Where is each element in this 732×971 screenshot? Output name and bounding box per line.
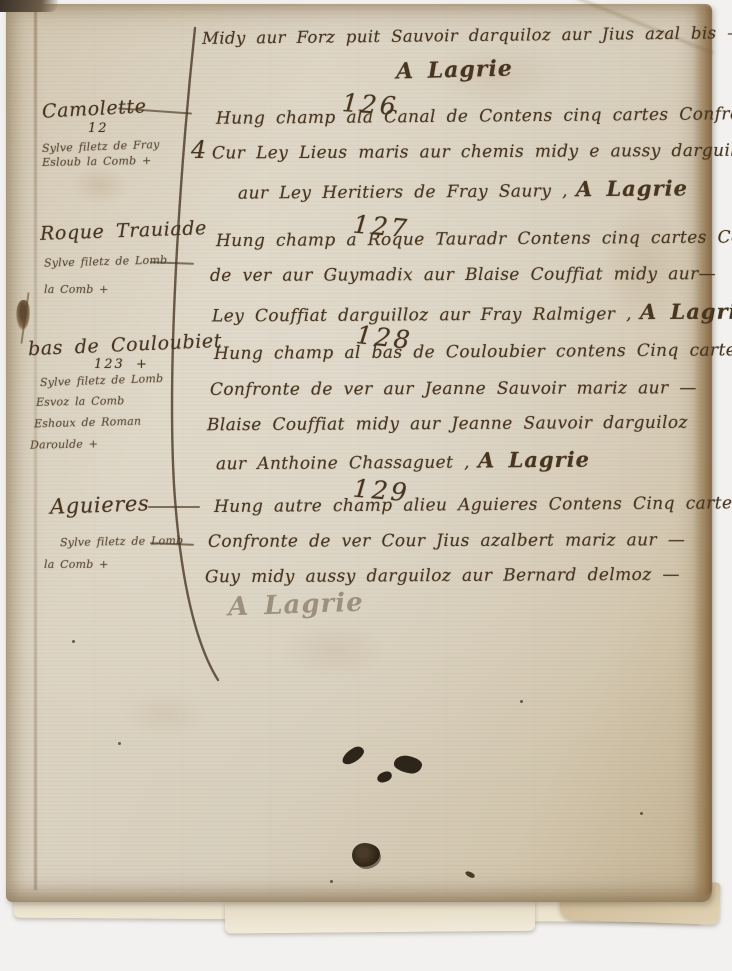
entry-line: Blaise Couffiat midy aur Jeanne Sauvoir …	[207, 413, 688, 436]
entry-line-text: aur Anthoine Chassaguet ,	[216, 453, 470, 475]
entry-line: de ver aur Guymadix aur Blaise Couffiat …	[210, 264, 716, 286]
entry-closing: A Lagrie	[470, 447, 590, 473]
margin-flourish	[148, 506, 200, 508]
entry-line-text: Ley Couffiat darguilloz aur Fray Ralmige…	[212, 304, 632, 326]
manuscript-scan: Midy aur Forz puit Sauvoir darquiloz aur…	[0, 0, 732, 971]
torn-right-edge	[694, 6, 712, 896]
ink-speck	[118, 742, 121, 745]
entry-line: Ley Couffiat darguilloz aur Fray Ralmige…	[212, 299, 732, 327]
entry-line: Hung autre champ alieu Aguieres Contens …	[214, 493, 732, 517]
margin-note: la Comb +	[44, 283, 109, 296]
margin-number: 123 +	[94, 357, 149, 372]
binding-shadow	[0, 0, 58, 12]
margin-title: Aguieres	[50, 491, 150, 518]
ink-speck	[72, 640, 75, 643]
margin-note: la Comb +	[44, 558, 109, 571]
margin-note: Sylve filetz de Lomb	[60, 534, 183, 549]
under-page-edge	[225, 897, 535, 934]
tally-mark: 4	[191, 136, 207, 164]
margin-note: Esvoz la Comb	[36, 394, 125, 409]
ink-speck	[330, 880, 333, 883]
entry-line-text: aur Ley Heritiers de Fray Saury ,	[238, 181, 568, 203]
entry-closing: A Lagrie	[632, 299, 732, 325]
entry-line: Cur Ley Lieus maris aur chemis midy e au…	[212, 141, 732, 164]
entry-line: Confronte de ver Cour Jius azalbert mari…	[208, 530, 685, 552]
margin-note: Daroulde +	[30, 437, 98, 451]
header-place: A Lagrie	[396, 55, 513, 84]
entry-line: Confronte de ver aur Jeanne Sauvoir mari…	[210, 378, 697, 400]
ink-speck	[520, 700, 523, 703]
margin-number: 12	[88, 121, 109, 136]
entry-line: Hung champ al bas de Couloubier contens …	[214, 340, 732, 364]
margin-note: Eshoux de Roman	[34, 415, 142, 431]
entry-line: Guy midy aussy darguiloz aur Bernard del…	[205, 565, 680, 587]
ink-speck	[640, 812, 643, 815]
entry-line: aur Ley Heritiers de Fray Saury ,A Lagri…	[238, 175, 688, 203]
entry-line: Hung champ a Roque Tauradr Contens cinq …	[216, 227, 732, 251]
entry-closing: A Lagrie	[568, 175, 688, 201]
margin-note: Esloub la Comb +	[42, 154, 152, 169]
entry-closing-faint: A Lagrie	[228, 588, 365, 623]
entry-line: aur Anthoine Chassaguet ,A Lagrie	[216, 447, 590, 475]
